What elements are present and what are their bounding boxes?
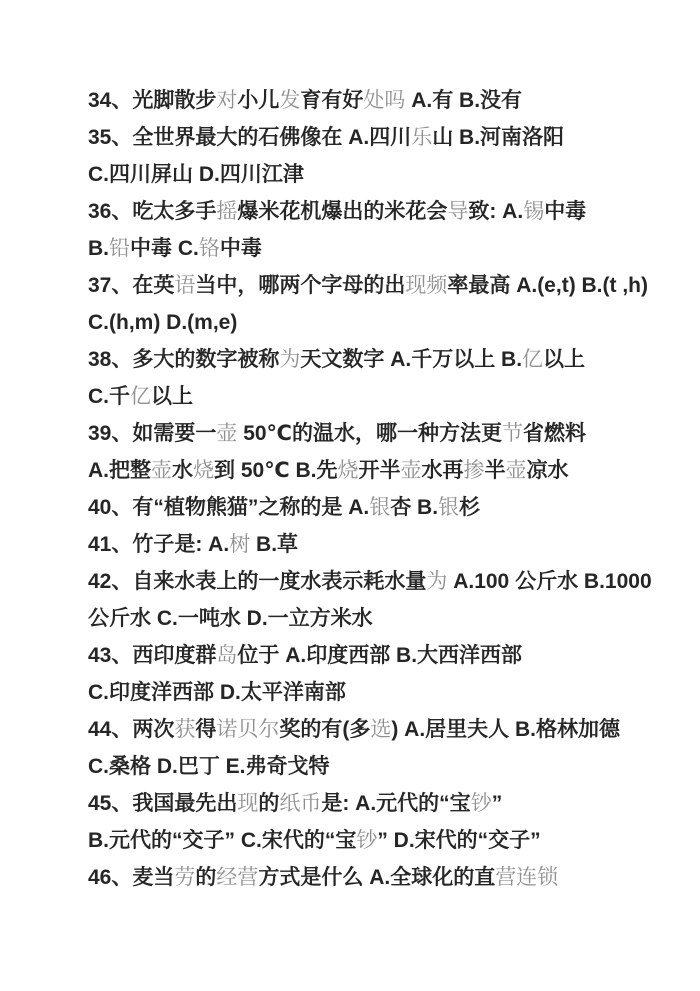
text-segment: 中毒 [220, 237, 262, 260]
text-line: 38、多大的数字被称为天文数字 A.千万以上 B.亿以上 [88, 341, 670, 378]
text-segment: 为 [426, 570, 447, 593]
text-segment: 奖的有(多 [279, 718, 370, 741]
text-segment: 40、有“植物熊猫”之称的是 A. [88, 496, 369, 519]
text-segment: A.把整 [88, 459, 151, 482]
text-segment: 当中，哪两个字母的出 [195, 274, 405, 297]
text-segment: 得 [195, 718, 216, 741]
text-segment: 树 [229, 533, 250, 556]
text-segment: 发 [279, 89, 300, 112]
text-segment: 36、吃太多手 [88, 200, 216, 223]
text-segment: 劳 [174, 866, 195, 889]
text-segment: 现 [237, 792, 258, 815]
text-segment: 到 50℃ B.先 [214, 459, 337, 482]
text-segment: 经营 [216, 866, 258, 889]
text-segment: C.印度洋西部 D.太平洋南部 [88, 681, 346, 704]
text-segment: A.有 B.没有 [405, 89, 522, 112]
text-segment: 的 [195, 866, 216, 889]
text-segment: 铅 [109, 237, 130, 260]
text-segment: 营连锁 [495, 866, 558, 889]
text-segment: A.100 公斤水 B.1000 [447, 570, 651, 593]
text-segment: 山 B.河南洛阳 [432, 126, 564, 149]
text-segment: 为 [279, 348, 300, 371]
text-segment: 开半 [358, 459, 400, 482]
text-line: A.把整壶水烧到 50℃ B.先烧开半壶水再掺半壶凉水 [88, 452, 670, 489]
text-segment: 率最高 A.(e,t) B.(t ,h) [447, 274, 648, 297]
text-segment: 45、我国最先出 [88, 792, 237, 815]
text-segment: 省燃料 [523, 422, 586, 445]
text-segment: 对 [216, 89, 237, 112]
text-line: 45、我国最先出现的纸币是: A.元代的“宝钞” [88, 785, 670, 822]
text-segment: 凉水 [526, 459, 568, 482]
text-segment: 46、麦当 [88, 866, 174, 889]
text-segment: 语 [174, 274, 195, 297]
text-segment: 41、竹子是: A. [88, 533, 229, 556]
text-segment: 杉 [459, 496, 480, 519]
text-lines: 34、光脚散步对小儿发育有好处吗 A.有 B.没有35、全世界最大的石佛像在 A… [88, 82, 670, 896]
document-page: 34、光脚散步对小儿发育有好处吗 A.有 B.没有35、全世界最大的石佛像在 A… [0, 0, 700, 991]
text-line: 35、全世界最大的石佛像在 A.四川乐山 B.河南洛阳 [88, 119, 670, 156]
text-line: 41、竹子是: A.树 B.草 [88, 526, 670, 563]
text-segment: 获 [174, 718, 195, 741]
text-line: B.铅中毒 C.铬中毒 [88, 230, 670, 267]
text-segment: 38、多大的数字被称 [88, 348, 279, 371]
text-segment: 的 [258, 792, 279, 815]
text-segment: 诺贝尔 [216, 718, 279, 741]
text-segment: 乐 [411, 126, 432, 149]
text-segment: 致: A. [468, 200, 523, 223]
text-segment: 岛 [216, 644, 237, 667]
text-segment: 选 [370, 718, 391, 741]
text-segment: 银 [369, 496, 390, 519]
text-line: 36、吃太多手摇爆米花机爆出的米花会导致: A.锡中毒 [88, 193, 670, 230]
text-segment: 烧 [193, 459, 214, 482]
text-segment: 节 [502, 422, 523, 445]
text-segment: 处吗 [363, 89, 405, 112]
text-segment: 摇 [216, 200, 237, 223]
text-segment: 50℃的温水，哪一种方法更 [237, 422, 502, 445]
text-line: 39、如需要一壶 50℃的温水，哪一种方法更节省燃料 [88, 415, 670, 452]
text-segment: 掺 [463, 459, 484, 482]
text-segment: B.草 [250, 533, 298, 556]
text-segment: C.(h,m) D.(m,e) [88, 311, 237, 334]
text-segment: 水再 [421, 459, 463, 482]
text-segment: 杏 B. [390, 496, 438, 519]
text-segment: C.桑格 D.巴丁 E.弗奇戈特 [88, 755, 330, 778]
text-segment: 铬 [199, 237, 220, 260]
text-segment: B.元代的“交子” C.宋代的“宝 [88, 829, 356, 852]
text-segment: 中毒 C. [130, 237, 199, 260]
text-line: C.千亿以上 [88, 378, 670, 415]
text-segment: 43、西印度群 [88, 644, 216, 667]
text-segment: 37、在英 [88, 274, 174, 297]
text-segment: 壶 [400, 459, 421, 482]
text-segment: 34、光脚散步 [88, 89, 216, 112]
text-segment: 44、两次 [88, 718, 174, 741]
text-segment: 育有好 [300, 89, 363, 112]
text-line: 44、两次获得诺贝尔奖的有(多选) A.居里夫人 B.格林加德 [88, 711, 670, 748]
text-segment: ” [492, 792, 503, 815]
text-segment: 公斤水 C.一吨水 D.一立方米水 [88, 607, 373, 630]
text-segment: 小儿 [237, 89, 279, 112]
text-segment: 烧 [337, 459, 358, 482]
text-line: 公斤水 C.一吨水 D.一立方米水 [88, 600, 670, 637]
text-segment: 导 [447, 200, 468, 223]
text-segment: 35、全世界最大的石佛像在 A.四川 [88, 126, 411, 149]
text-segment: 纸币 [279, 792, 321, 815]
text-segment: 位于 A.印度西部 B.大西洋西部 [237, 644, 522, 667]
text-line: C.(h,m) D.(m,e) [88, 304, 670, 341]
text-segment: C.千 [88, 385, 130, 408]
text-segment: 锡 [523, 200, 544, 223]
text-line: C.四川屏山 D.四川江津 [88, 156, 670, 193]
text-segment: 是: A.元代的“宝 [321, 792, 470, 815]
text-line: 37、在英语当中，哪两个字母的出现频率最高 A.(e,t) B.(t ,h) [88, 267, 670, 304]
text-segment: 亿 [522, 348, 543, 371]
text-segment: C.四川屏山 D.四川江津 [88, 163, 304, 186]
text-segment: 壶 [216, 422, 237, 445]
text-segment: 方式是什么 A.全球化的直 [258, 866, 495, 889]
text-line: 42、自来水表上的一度水表示耗水量为 A.100 公斤水 B.1000 [88, 563, 670, 600]
text-segment: 现频 [405, 274, 447, 297]
text-segment: 水 [172, 459, 193, 482]
text-segment: 天文数字 A.千万以上 B. [300, 348, 522, 371]
text-segment: 壶 [505, 459, 526, 482]
text-line: 40、有“植物熊猫”之称的是 A.银杏 B.银杉 [88, 489, 670, 526]
text-segment: 亿 [130, 385, 151, 408]
text-line: C.印度洋西部 D.太平洋南部 [88, 674, 670, 711]
text-line: B.元代的“交子” C.宋代的“宝钞” D.宋代的“交子” [88, 822, 670, 859]
text-segment: 银 [438, 496, 459, 519]
text-line: 46、麦当劳的经营方式是什么 A.全球化的直营连锁 [88, 859, 670, 896]
text-segment: 以上 [151, 385, 193, 408]
text-segment: B. [88, 237, 109, 260]
text-segment: 42、自来水表上的一度水表示耗水量 [88, 570, 426, 593]
text-segment: 钞 [471, 792, 492, 815]
text-line: C.桑格 D.巴丁 E.弗奇戈特 [88, 748, 670, 785]
text-segment: ” D.宋代的“交子” [377, 829, 540, 852]
text-segment: 中毒 [544, 200, 586, 223]
text-segment: 钞 [356, 829, 377, 852]
text-segment: ) A.居里夫人 B.格林加德 [391, 718, 620, 741]
text-segment: 半 [484, 459, 505, 482]
text-segment: 壶 [151, 459, 172, 482]
text-line: 43、西印度群岛位于 A.印度西部 B.大西洋西部 [88, 637, 670, 674]
text-segment: 爆米花机爆出的米花会 [237, 200, 447, 223]
text-segment: 39、如需要一 [88, 422, 216, 445]
text-line: 34、光脚散步对小儿发育有好处吗 A.有 B.没有 [88, 82, 670, 119]
text-segment: 以上 [543, 348, 585, 371]
